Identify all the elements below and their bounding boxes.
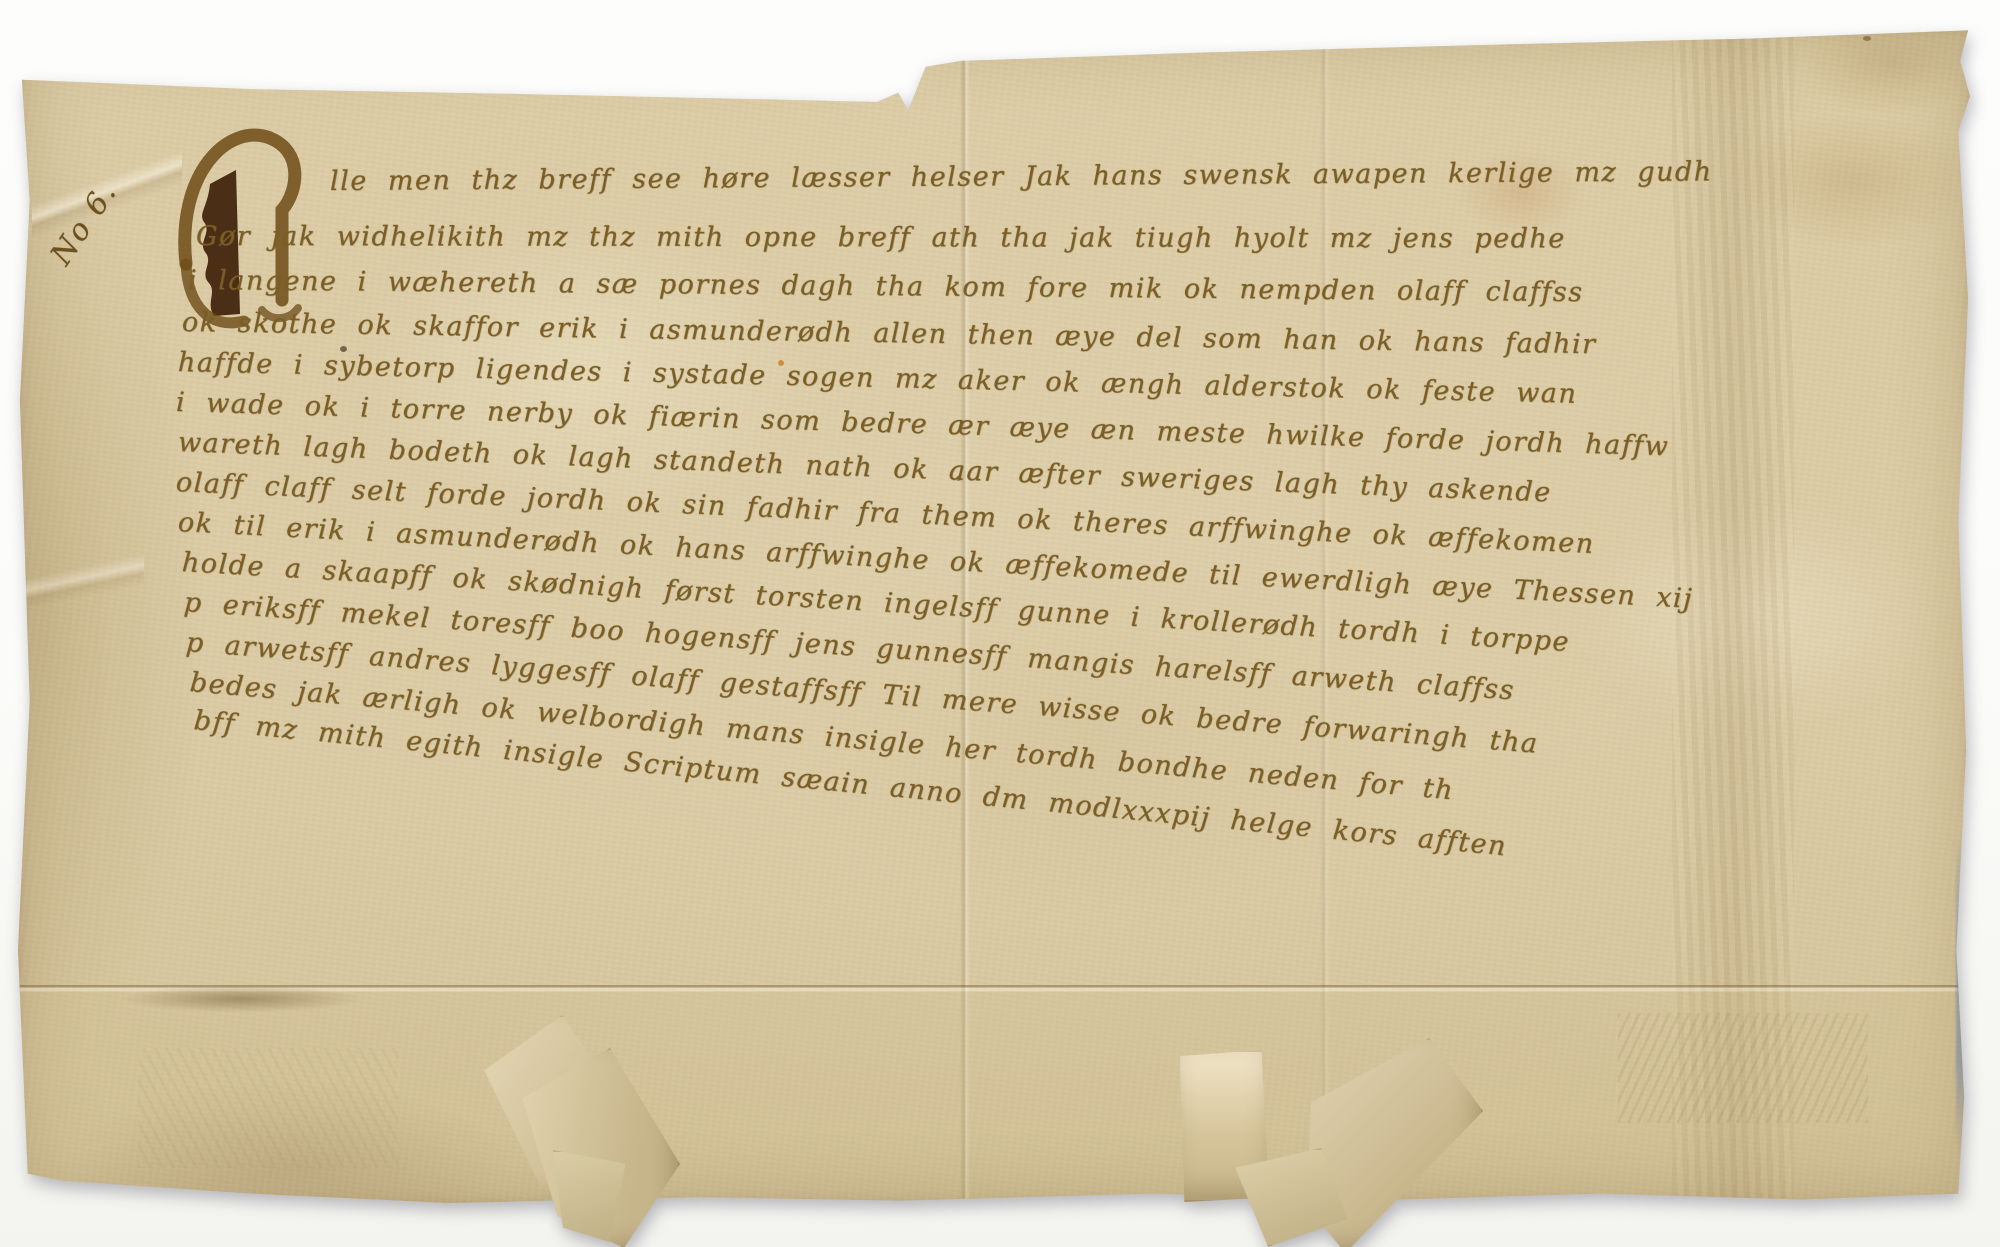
scratch-marks — [138, 1048, 398, 1168]
scanner-edge-shadow — [1956, 838, 1966, 1158]
plica-stain — [113, 980, 433, 1022]
charter-text-line: Gør jak widhelikith mz thz mith opne bre… — [196, 221, 1566, 254]
parchment-wrapper: A No 6. lle men thz breff see høre læsse… — [0, 0, 2000, 1247]
scratch-marks — [1618, 1013, 1868, 1123]
charter-text-line: lle men thz breff see høre læsser helser… — [330, 156, 1713, 197]
edge-wrinkle — [24, 448, 144, 708]
parchment-sheet: A No 6. lle men thz breff see høre læsse… — [18, 28, 1970, 1203]
charter-text-line: i langene i wæhereth a sæ pornes dagh th… — [188, 265, 1584, 308]
scan-background: A No 6. lle men thz breff see høre læsse… — [0, 0, 2000, 1247]
ink-speck — [1863, 36, 1871, 41]
